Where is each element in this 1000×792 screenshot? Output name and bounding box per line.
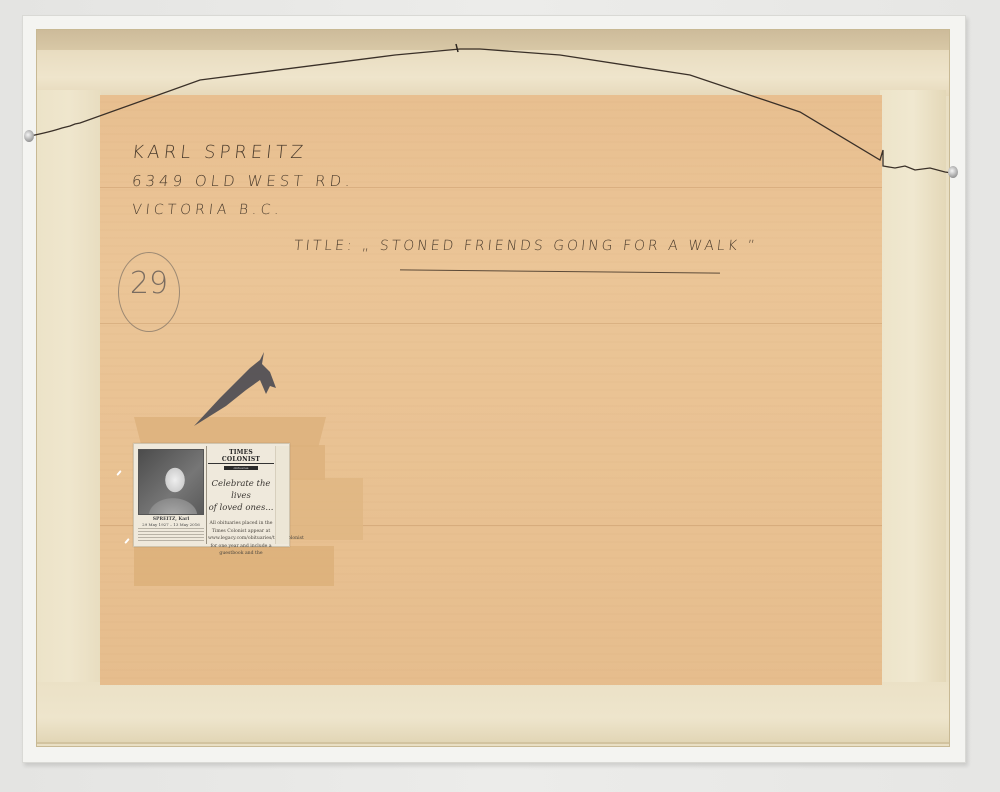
publication-logo-sub: obituaries	[224, 466, 258, 470]
wire-tack-icon	[456, 44, 458, 52]
hanging-wire-icon	[0, 0, 1000, 792]
obituary-caption: SPREITZ, Karl 29 May 1927 – 13 May 2016	[138, 517, 204, 527]
title-text: „ STONED FRIENDS GOING FOR A WALK ”	[361, 238, 758, 254]
artwork-title-line: TITLE: „ STONED FRIENDS GOING FOR A WALK…	[293, 238, 758, 254]
dark-mark-icon	[190, 350, 280, 430]
eye-screw-left-icon	[24, 130, 34, 142]
eye-screw-right-icon	[948, 166, 958, 178]
artist-address-line1: 6349 OLD WEST RD.	[131, 172, 355, 190]
publication-logo: TIMES COLONIST	[208, 449, 274, 464]
clipping-body: All obituaries placed in the Times Colon…	[208, 520, 274, 558]
clipping-ad-column: TIMES COLONIST obituaries Celebrate the …	[208, 446, 274, 544]
lot-number: 29	[120, 266, 178, 301]
artist-address-line2: VICTORIA B.C.	[131, 202, 283, 218]
obituary-body-text	[138, 528, 204, 542]
obituary-dates: 29 May 1927 – 13 May 2016	[138, 522, 204, 527]
clipping-headline: Celebrate the lives of loved ones...	[208, 478, 274, 514]
title-label: TITLE:	[293, 238, 355, 254]
clipping-edge-strip	[275, 446, 289, 544]
artist-name: KARL SPREITZ	[131, 142, 308, 163]
newspaper-clipping: SPREITZ, Karl 29 May 1927 – 13 May 2016 …	[133, 443, 290, 547]
obituary-photo	[138, 449, 204, 515]
headline-line2: of loved ones...	[208, 502, 274, 514]
headline-line1: Celebrate the lives	[208, 478, 274, 502]
clipping-column-divider	[206, 446, 207, 544]
